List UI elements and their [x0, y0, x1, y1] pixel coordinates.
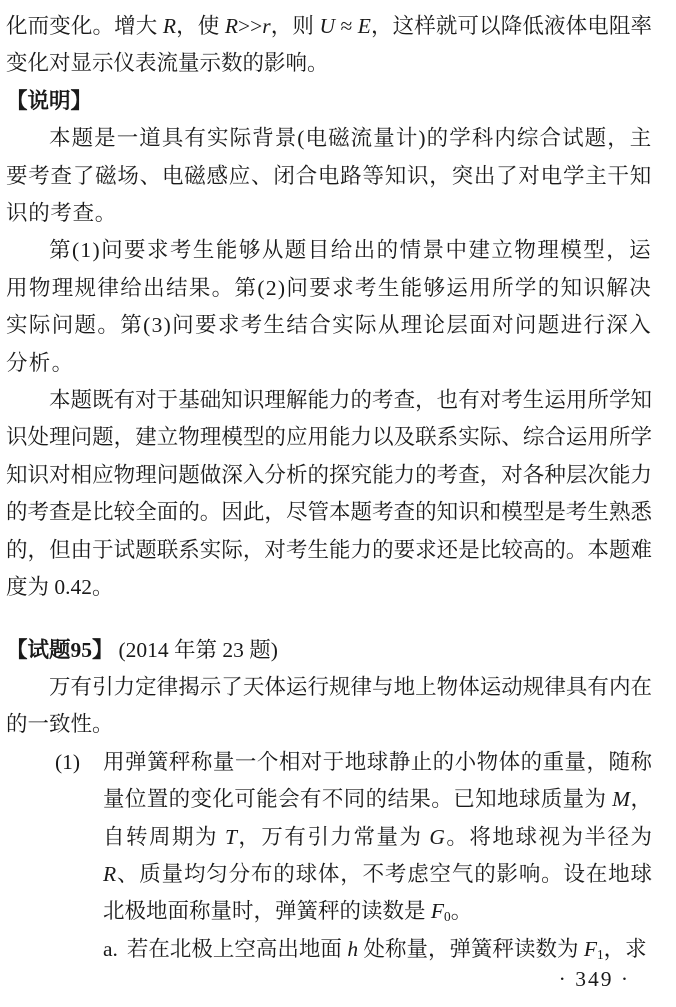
problem-heading: 【试题95】(2014 年第 23 题) [6, 632, 652, 669]
book-page: 化而变化。增大 R，使 R>>r，则 U ≈ E，这样就可以降低液体电阻率变化对… [0, 0, 676, 1007]
part-1a-marker: a. [103, 937, 118, 961]
problem-source: (2014 年第 23 题) [119, 638, 278, 662]
page-number: · 349 · [559, 961, 630, 998]
notes-paragraph-2: 第(1)问要求考生能够从题目给出的情景中建立物理模型，运用物理规律给出结果。第(… [6, 232, 652, 382]
notes-paragraph-1: 本题是一道具有实际背景(电磁流量计)的学科内综合试题，主要考查了磁场、电磁感应、… [6, 120, 652, 232]
part-1a-body: 若在北极上空高出地面 h 处称量，弹簧秤读数为 F1，求 [127, 937, 647, 961]
continuation-paragraph: 化而变化。增大 R，使 R>>r，则 U ≈ E，这样就可以降低液体电阻率变化对… [6, 8, 652, 83]
problem-part-1a: a.若在北极上空高出地面 h 处称量，弹簧秤读数为 F1，求 [6, 931, 652, 968]
problem-part-1: (1) 用弹簧秤称量一个相对于地球静止的小物体的重量，随称量位置的变化可能会有不… [6, 744, 652, 931]
part-1-marker: (1) [55, 744, 80, 781]
section-heading-notes: 【说明】 [6, 83, 652, 120]
notes-paragraph-3: 本题既有对于基础知识理解能力的考查，也有对考生运用所学知识处理问题，建立物理模型… [6, 382, 652, 606]
problem-intro: 万有引力定律揭示了天体运行规律与地上物体运动规律具有内在的一致性。 [6, 669, 652, 744]
problem-tag: 【试题95】 [6, 638, 114, 662]
part-1-body: 用弹簧秤称量一个相对于地球静止的小物体的重量，随称量位置的变化可能会有不同的结果… [103, 744, 652, 931]
